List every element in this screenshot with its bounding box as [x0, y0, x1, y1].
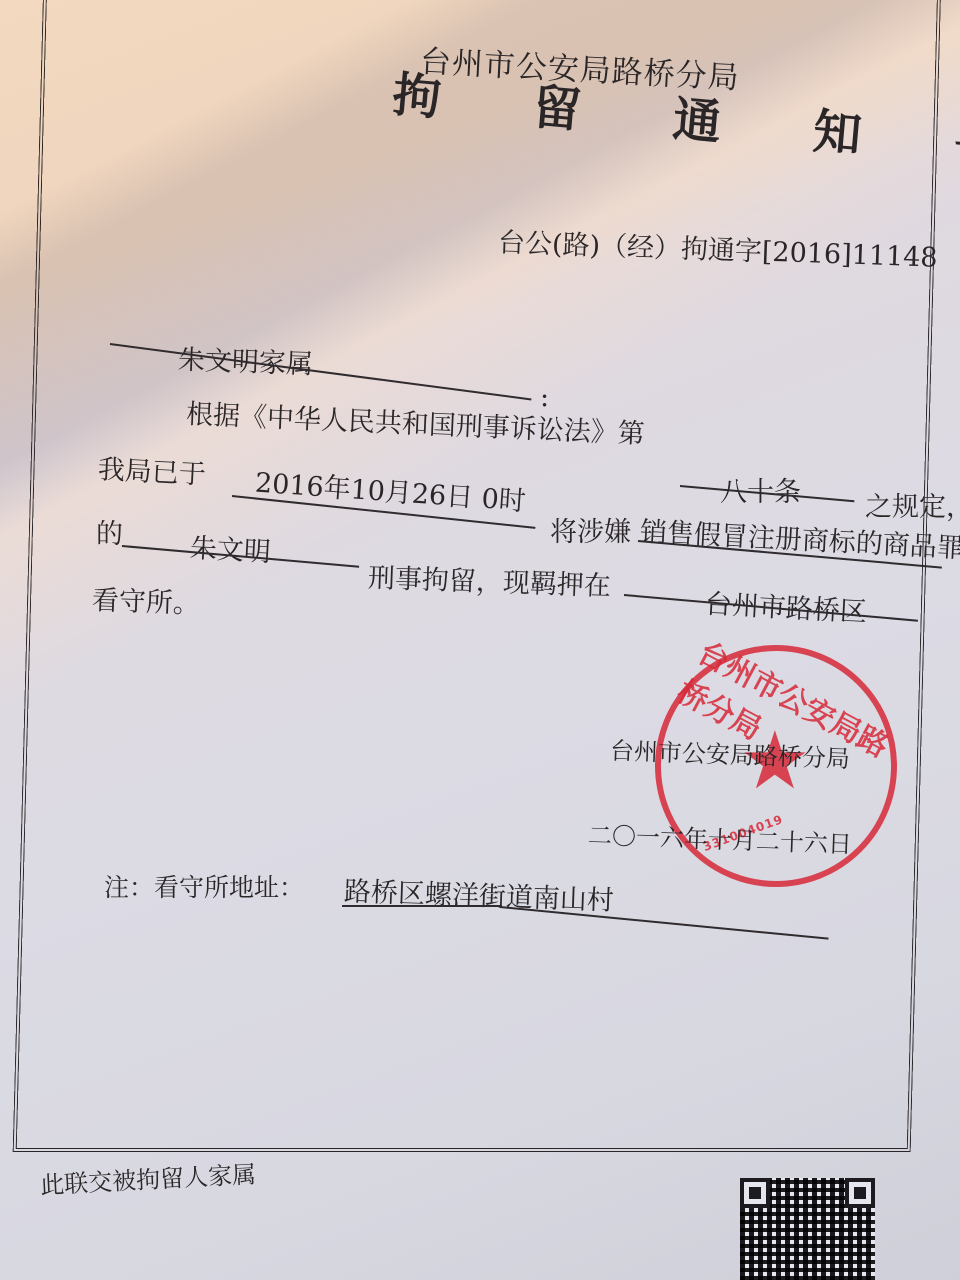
body-line2-mid: 将涉嫌 [550, 510, 631, 549]
copy-note: 此联交被拘留人家属 [39, 1154, 257, 1200]
body-line1-suffix: 之规定， [865, 485, 960, 524]
qr-finder-top-right [845, 1178, 875, 1208]
body-line4: 看守所。 [91, 578, 200, 621]
detainee-name: 朱文明 [189, 526, 272, 569]
addressee-name: 朱文明家属 [177, 338, 313, 382]
note-label: 注：看守所地址： [104, 868, 304, 904]
body-line2-prefix: 我局已于 [97, 447, 207, 492]
qr-finder-top-left [740, 1178, 770, 1208]
qr-code [740, 1178, 875, 1280]
address-underline-left [342, 905, 502, 907]
body-line3-prefix: 的 [96, 512, 123, 551]
